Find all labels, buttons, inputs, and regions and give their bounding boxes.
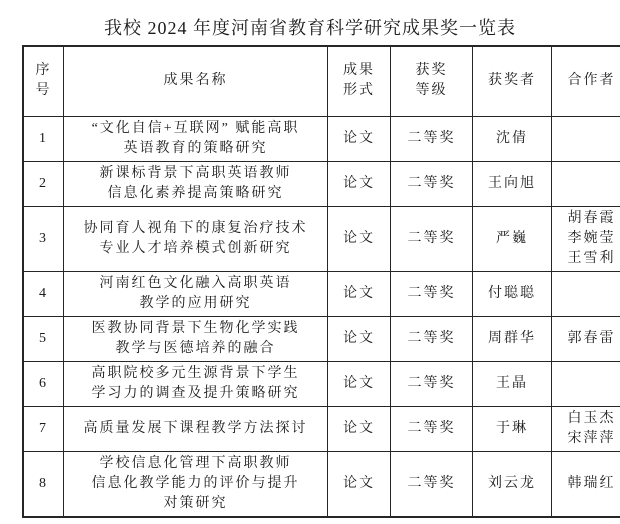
column-header-winner: 获奖者 [473, 46, 552, 116]
cell-serial-number: 5 [23, 316, 64, 361]
page-title: 我校 2024 年度河南省教育科学研究成果奖一览表 [0, 0, 620, 41]
table-row: 3协同育人视角下的康复治疗技术 专业人才培养模式创新研究论文二等奖严巍胡春霞 李… [23, 206, 620, 271]
document-page: 我校 2024 年度河南省教育科学研究成果奖一览表 序 号成果名称成果 形式获奖… [0, 0, 620, 524]
table-row: 7高质量发展下课程教学方法探讨论文二等奖于琳白玉杰 宋萍萍 [23, 406, 620, 451]
table-row: 4河南红色文化融入高职英语 教学的应用研究论文二等奖付聪聪 [23, 271, 620, 316]
cell-achievement-form: 论文 [328, 206, 391, 271]
cell-achievement-name: “文化自信+互联网” 赋能高职 英语教育的策略研究 [64, 116, 328, 161]
cell-achievement-form: 论文 [328, 161, 391, 206]
cell-award-level: 二等奖 [391, 451, 473, 517]
cell-collaborators: 郭春雷 [552, 316, 620, 361]
table-row: 8学校信息化管理下高职教师 信息化教学能力的评价与提升 对策研究论文二等奖刘云龙… [23, 451, 620, 517]
awards-table: 序 号成果名称成果 形式获奖 等级获奖者合作者 1“文化自信+互联网” 赋能高职… [22, 45, 620, 518]
table-row: 1“文化自信+互联网” 赋能高职 英语教育的策略研究论文二等奖沈倩 [23, 116, 620, 161]
cell-award-level: 二等奖 [391, 406, 473, 451]
cell-collaborators: 白玉杰 宋萍萍 [552, 406, 620, 451]
cell-collaborators [552, 271, 620, 316]
cell-achievement-form: 论文 [328, 361, 391, 406]
column-header-level: 获奖 等级 [391, 46, 473, 116]
cell-achievement-name: 协同育人视角下的康复治疗技术 专业人才培养模式创新研究 [64, 206, 328, 271]
cell-award-winner: 严巍 [473, 206, 552, 271]
cell-achievement-form: 论文 [328, 316, 391, 361]
cell-award-winner: 付聪聪 [473, 271, 552, 316]
cell-achievement-form: 论文 [328, 451, 391, 517]
cell-achievement-form: 论文 [328, 406, 391, 451]
table-header-row: 序 号成果名称成果 形式获奖 等级获奖者合作者 [23, 46, 620, 116]
cell-serial-number: 2 [23, 161, 64, 206]
column-header-collaborators: 合作者 [552, 46, 620, 116]
cell-collaborators: 胡春霞 李婉莹 王雪利 [552, 206, 620, 271]
cell-award-winner: 王晶 [473, 361, 552, 406]
table-row: 2新课标背景下高职英语教师 信息化素养提高策略研究论文二等奖王向旭 [23, 161, 620, 206]
cell-achievement-name: 高质量发展下课程教学方法探讨 [64, 406, 328, 451]
cell-award-level: 二等奖 [391, 316, 473, 361]
column-header-form: 成果 形式 [328, 46, 391, 116]
cell-serial-number: 4 [23, 271, 64, 316]
cell-award-winner: 周群华 [473, 316, 552, 361]
cell-achievement-form: 论文 [328, 271, 391, 316]
column-header-name: 成果名称 [64, 46, 328, 116]
cell-achievement-name: 新课标背景下高职英语教师 信息化素养提高策略研究 [64, 161, 328, 206]
cell-achievement-name: 学校信息化管理下高职教师 信息化教学能力的评价与提升 对策研究 [64, 451, 328, 517]
cell-award-level: 二等奖 [391, 361, 473, 406]
cell-collaborators: 韩瑞红 [552, 451, 620, 517]
column-header-no: 序 号 [23, 46, 64, 116]
cell-collaborators [552, 116, 620, 161]
cell-serial-number: 6 [23, 361, 64, 406]
cell-achievement-name: 医教协同背景下生物化学实践 教学与医德培养的融合 [64, 316, 328, 361]
cell-award-level: 二等奖 [391, 161, 473, 206]
table-row: 5医教协同背景下生物化学实践 教学与医德培养的融合论文二等奖周群华郭春雷 [23, 316, 620, 361]
table-body: 1“文化自信+互联网” 赋能高职 英语教育的策略研究论文二等奖沈倩2新课标背景下… [23, 116, 620, 517]
cell-award-level: 二等奖 [391, 116, 473, 161]
cell-collaborators [552, 161, 620, 206]
cell-achievement-name: 高职院校多元生源背景下学生 学习力的调查及提升策略研究 [64, 361, 328, 406]
cell-award-winner: 于琳 [473, 406, 552, 451]
cell-serial-number: 3 [23, 206, 64, 271]
cell-serial-number: 8 [23, 451, 64, 517]
cell-award-winner: 王向旭 [473, 161, 552, 206]
table-row: 6高职院校多元生源背景下学生 学习力的调查及提升策略研究论文二等奖王晶 [23, 361, 620, 406]
cell-serial-number: 7 [23, 406, 64, 451]
cell-award-winner: 沈倩 [473, 116, 552, 161]
cell-achievement-name: 河南红色文化融入高职英语 教学的应用研究 [64, 271, 328, 316]
cell-award-level: 二等奖 [391, 271, 473, 316]
cell-serial-number: 1 [23, 116, 64, 161]
cell-award-level: 二等奖 [391, 206, 473, 271]
cell-collaborators [552, 361, 620, 406]
cell-award-winner: 刘云龙 [473, 451, 552, 517]
cell-achievement-form: 论文 [328, 116, 391, 161]
table-header: 序 号成果名称成果 形式获奖 等级获奖者合作者 [23, 46, 620, 116]
